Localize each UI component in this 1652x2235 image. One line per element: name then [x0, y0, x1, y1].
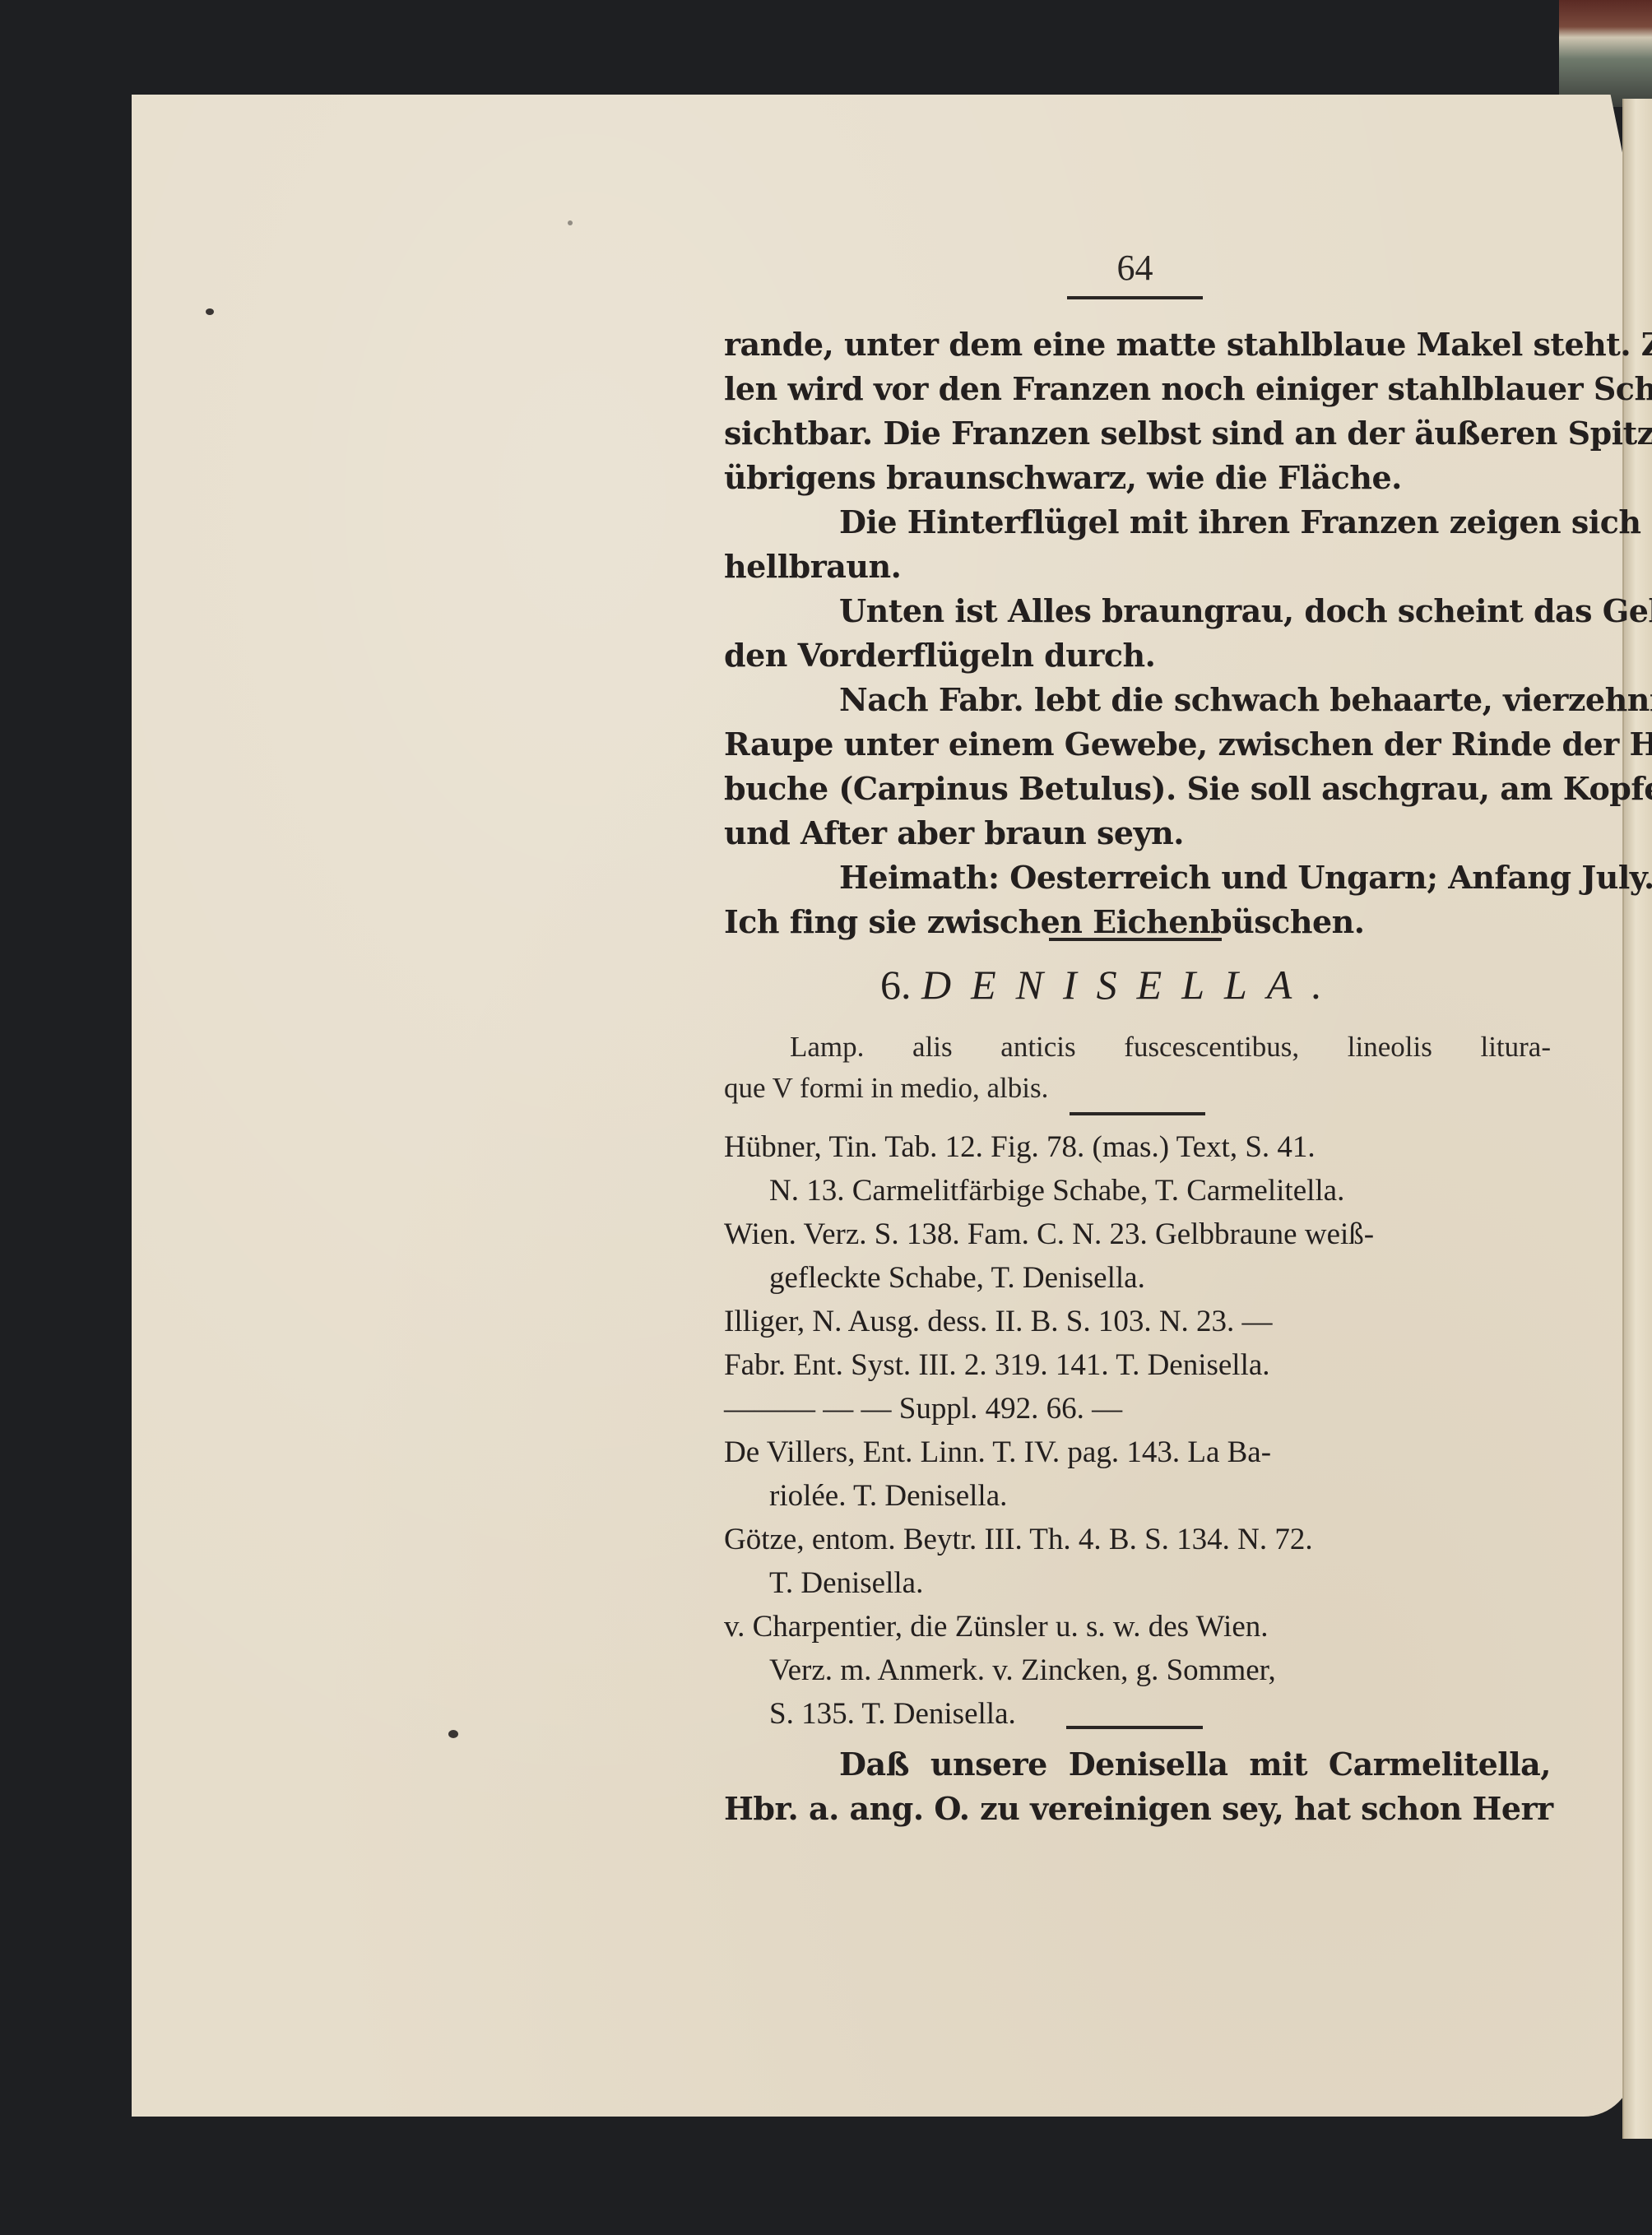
page-number-rule — [1067, 296, 1203, 299]
page-number: 64 — [1067, 247, 1203, 289]
reference-line: Götze, entom. Beytr. III. Th. 4. B. S. 1… — [724, 1518, 1551, 1561]
text-line: Hbr. a. ang. O. zu vereinigen sey, hat s… — [724, 1787, 1551, 1831]
text-line: und After aber braun seyn. — [724, 811, 1551, 856]
section-divider — [1070, 1112, 1205, 1115]
reference-line: T. Denisella. — [724, 1561, 1551, 1605]
body-text-top: rande, unter dem eine matte stahlblaue M… — [724, 322, 1551, 944]
section-number: 6. — [880, 962, 912, 1008]
reference-line: riolée. T. Denisella. — [724, 1474, 1551, 1518]
text-line: len wird vor den Franzen noch einiger st… — [724, 367, 1551, 411]
latin-diagnosis: Lamp. alis anticis fuscescentibus, lineo… — [724, 1027, 1551, 1109]
text-line: Nach Fabr. lebt die schwach behaarte, vi… — [724, 678, 1551, 722]
text-line: Heimath: Oesterreich und Ungarn; Anfang … — [724, 856, 1551, 900]
reference-line: S. 135. T. Denisella. — [724, 1692, 1551, 1736]
reference-line: v. Charpentier, die Zünsler u. s. w. des… — [724, 1605, 1551, 1648]
text-line: rande, unter dem eine matte stahlblaue M… — [724, 322, 1551, 367]
section-heading: 6. DENISELLA. — [880, 961, 1456, 1009]
text-line: Lamp. alis anticis fuscescentibus, lineo… — [724, 1027, 1551, 1068]
section-divider — [1066, 1726, 1203, 1729]
body-text-bottom: Daß unsere Denisella mit Carmelitella, H… — [724, 1742, 1551, 1831]
section-name: DENISELLA. — [921, 962, 1342, 1008]
references-list: Hübner, Tin. Tab. 12. Fig. 78. (mas.) Te… — [724, 1125, 1551, 1736]
reference-line: gefleckte Schabe, T. Denisella. — [724, 1256, 1551, 1300]
reference-line: Verz. m. Anmerk. v. Zincken, g. Sommer, — [724, 1648, 1551, 1692]
paper-speck — [206, 308, 214, 315]
text-line: den Vorderflügeln durch. — [724, 633, 1551, 678]
text-line: hellbraun. — [724, 545, 1551, 589]
text-line: Raupe unter einem Gewebe, zwischen der R… — [724, 722, 1551, 767]
reference-line: Fabr. Ent. Syst. III. 2. 319. 141. T. De… — [724, 1343, 1551, 1387]
text-line: sichtbar. Die Franzen selbst sind an der… — [724, 411, 1551, 456]
text-line: übrigens braunschwarz, wie die Fläche. — [724, 456, 1551, 500]
paper-speck — [448, 1730, 458, 1738]
text-line: Daß unsere Denisella mit Carmelitella, — [724, 1742, 1551, 1787]
reference-line: N. 13. Carmelitfärbige Schabe, T. Carmel… — [724, 1169, 1551, 1213]
paper-speck — [568, 220, 573, 225]
text-line: Die Hinterflügel mit ihren Franzen zeige… — [724, 500, 1551, 545]
text-line: que V formi in medio, albis. — [724, 1068, 1551, 1109]
text-line: buche (Carpinus Betulus). Sie soll aschg… — [724, 767, 1551, 811]
reference-line: Illiger, N. Ausg. dess. II. B. S. 103. N… — [724, 1300, 1551, 1343]
book-cover-corner — [1559, 0, 1652, 107]
section-divider — [1049, 938, 1222, 941]
reference-line: De Villers, Ent. Linn. T. IV. pag. 143. … — [724, 1430, 1551, 1474]
text-line: Unten ist Alles braungrau, doch scheint … — [724, 589, 1551, 633]
reference-line: ——— — — Suppl. 492. 66. — — [724, 1387, 1551, 1430]
reference-line: Hübner, Tin. Tab. 12. Fig. 78. (mas.) Te… — [724, 1125, 1551, 1169]
reference-line: Wien. Verz. S. 138. Fam. C. N. 23. Gelbb… — [724, 1213, 1551, 1256]
